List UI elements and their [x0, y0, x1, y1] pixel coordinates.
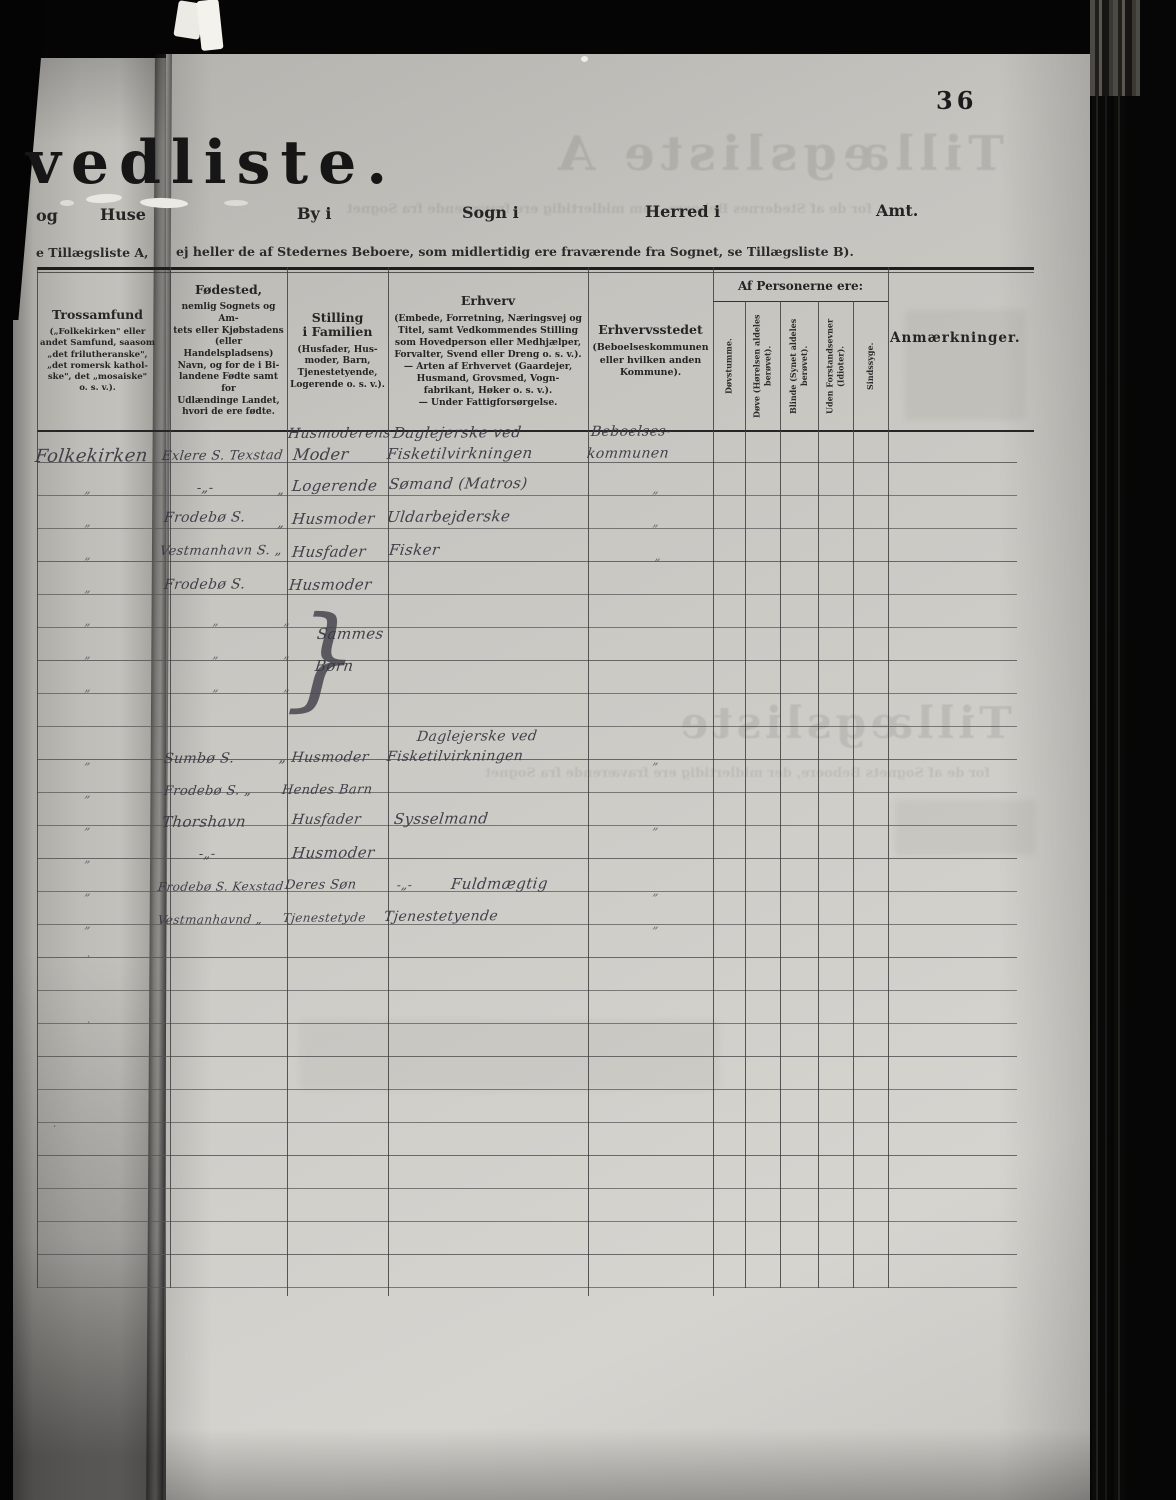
grid-line — [37, 1254, 1017, 1255]
handwritten-entry: Sumbø S. — [163, 751, 235, 767]
colheader-trossamfund: Trossamfund („Folkekirken" eller andet S… — [39, 274, 156, 428]
label-amt: Amt. — [876, 201, 918, 220]
grid-line — [37, 1155, 1017, 1156]
grid-line — [37, 693, 1017, 694]
handwritten-entry: Husfader — [291, 812, 362, 828]
handwritten-entry: Husmoder — [291, 843, 376, 862]
grid-line — [170, 267, 171, 1288]
grid-line — [37, 267, 1034, 270]
grid-line — [853, 301, 854, 1288]
handwritten-entry: kommunen — [586, 445, 670, 462]
form-title-fragment: vedliste. — [26, 128, 397, 198]
bleedthrough-smudge — [895, 800, 1035, 855]
colheader-fodested: Fødested, nemlig Sognets og Am- tets ell… — [172, 274, 285, 428]
note-fragment-left: e Tillægsliste A, — [36, 245, 148, 260]
colheader-fodested-desc: nemlig Sognets og Am- tets eller Kjøbsta… — [172, 302, 285, 419]
handwritten-entry: Fisker — [388, 541, 441, 559]
grid-line — [37, 1122, 1017, 1123]
handwritten-entry: -„- — [196, 481, 214, 496]
grid-line — [818, 301, 819, 1288]
handwritten-entry: Vestmanhavn S. „ — [159, 543, 283, 559]
scanned-census-page: Tillægsliste A for de af Stedernes Beboe… — [0, 0, 1176, 1500]
colheader-blinde: Blinde (Synet aldeles berøvet). — [781, 304, 817, 428]
handwritten-entry: Frodebø S. — [163, 509, 246, 526]
page-number: 36 — [936, 86, 977, 115]
grid-line — [713, 267, 714, 1296]
handwritten-entry: Husmoder — [291, 509, 376, 528]
bleedthrough-title-top: Tillægsliste A — [392, 126, 1004, 182]
grid-line — [37, 495, 1017, 496]
label-sogn-i: Sogn i — [462, 203, 519, 222]
colheader-erhvervsstedet-title: Erhvervsstedet — [598, 323, 703, 337]
grid-line — [37, 561, 1017, 562]
handwritten-entry: Daglejerske ved — [416, 728, 538, 745]
handwritten-entry: Folkekirken — [34, 445, 149, 467]
label-huse: Huse — [100, 205, 146, 224]
handwritten-entry: Sømand (Matros) — [388, 474, 529, 493]
grid-line — [37, 430, 1034, 432]
grid-line — [37, 1287, 1017, 1288]
handwritten-entry: Fisketilvirkningen — [386, 444, 534, 463]
colheader-erhvervsstedet-desc: (Beboelseskommunen eller hvilken anden K… — [592, 342, 708, 379]
handwritten-entry: Husfader — [291, 542, 367, 561]
colheader-erhverv-title: Erhverv — [461, 294, 515, 308]
handwritten-entry: Husmoder — [288, 575, 373, 594]
handwritten-entry: -„- — [396, 878, 413, 892]
handwritten-entry: Fisketilvirkningen — [386, 748, 524, 765]
handwritten-entry: Sammes — [316, 625, 385, 643]
colheader-dovstumme: Døvstumme. — [714, 304, 744, 428]
paper-scrap — [196, 0, 223, 51]
colheader-erhverv: Erhverv (Embede, Forretning, Næringsvej … — [390, 274, 586, 428]
handwritten-entry: Logerende — [291, 476, 378, 495]
grid-line — [745, 301, 746, 1288]
colheader-uden-forstandsevner: Uden Forstandsevner (Idioter). — [819, 304, 852, 428]
handwritten-entry: Tjenestetyde — [282, 910, 367, 925]
handwritten-entry: Husmoderens — [287, 425, 392, 442]
handwritten-entry: Thorshavn — [161, 812, 247, 831]
grid-line — [37, 858, 1017, 859]
colheader-trossamfund-title: Trossamfund — [52, 308, 143, 322]
grid-line — [37, 1023, 1017, 1024]
paper-damage-spot — [224, 200, 248, 206]
colheader-trossamfund-desc: („Folkekirken" eller andet Samfund, saas… — [40, 327, 155, 394]
handwritten-entry: Hendes Barn — [281, 782, 373, 798]
grid-line — [37, 660, 1017, 661]
handwritten-entry: Exlere S. Texstad — [161, 448, 284, 464]
label-by-i: By i — [297, 204, 331, 223]
grid-line — [588, 267, 589, 1296]
colheader-dove: Døve (Hørelsen aldeles berøvet). — [746, 304, 779, 428]
grid-line — [37, 272, 1034, 273]
grid-line — [888, 267, 889, 1288]
handwritten-entry: Tjenestetyende — [383, 908, 499, 925]
grid-line — [287, 267, 288, 1296]
handwritten-entry: Frodebø S. „ — [163, 783, 252, 799]
handwritten-entry: Moder — [292, 445, 350, 464]
bleedthrough-smudge — [300, 1020, 720, 1090]
handwritten-entry: „ Husmoder — [278, 749, 370, 766]
grid-line — [780, 301, 781, 1288]
grid-line — [37, 726, 1017, 727]
note-fragment-right: ej heller de af Stedernes Beboere, som m… — [176, 244, 854, 259]
handwritten-entry: Vestmanhavnd „ — [157, 912, 263, 927]
bleedthrough-title-mid: Tillægsliste — [596, 698, 1012, 749]
colheader-sindssyge: Sindssyge. — [854, 304, 887, 428]
colheader-fodested-title: Fødested, — [195, 283, 262, 297]
handwritten-entry: Uldarbejderske — [386, 507, 511, 526]
grid-line — [37, 1089, 1017, 1090]
grid-line — [713, 301, 888, 302]
handwritten-entry: Beboelses- — [590, 423, 672, 440]
handwritten-entry: Sysselmand — [393, 809, 489, 828]
label-og: og — [36, 206, 58, 225]
film-left-edge — [0, 0, 13, 1500]
grid-line — [37, 1221, 1017, 1222]
grid-line — [37, 594, 1017, 595]
handwritten-entry: Daglejerske ved — [392, 423, 523, 442]
bleedthrough-subtitle-mid: for de af Sognets Beboere, der midlertid… — [600, 766, 990, 781]
grid-line — [388, 267, 389, 1296]
handwritten-entry: Fuldmægtig — [450, 874, 549, 893]
colheader-group-af-personerne: Af Personerne ere: — [713, 279, 888, 293]
grid-line — [37, 267, 38, 1288]
bleedthrough-smudge — [905, 310, 1025, 420]
colheader-stilling-desc: (Husfader, Hus- moder, Barn, Tjenestetye… — [290, 345, 385, 392]
colheader-erhvervsstedet: Erhvervsstedet (Beboelseskommunen eller … — [590, 274, 711, 428]
paper-fleck — [581, 56, 588, 62]
paper-damage-spot — [60, 200, 74, 206]
handwritten-entry: -„- — [198, 847, 216, 862]
grid-line — [37, 528, 1017, 529]
colheader-erhverv-desc: (Embede, Forretning, Næringsvej og Titel… — [394, 313, 582, 409]
grid-line — [37, 957, 1017, 958]
grid-line — [37, 627, 1017, 628]
handwritten-entry: Børn — [314, 657, 355, 675]
book-page-edges-top — [1090, 0, 1140, 96]
grid-line — [37, 1188, 1017, 1189]
handwritten-entry: Deres Søn — [284, 878, 357, 893]
handwritten-entry: Frodebø S. Kexstad — [157, 879, 284, 894]
colheader-stilling-title: Stilling i Familien — [303, 311, 373, 340]
handwritten-entry: Frodebø S. — [163, 576, 246, 593]
label-herred-i: Herred i — [645, 202, 720, 221]
grid-line — [37, 990, 1017, 991]
book-page-edges — [1092, 96, 1126, 1500]
colheader-anmaerkninger: Anmærkninger. — [890, 330, 1018, 346]
grid-line — [37, 1056, 1017, 1057]
colheader-stilling: Stilling i Familien (Husfader, Hus- mode… — [289, 274, 386, 428]
